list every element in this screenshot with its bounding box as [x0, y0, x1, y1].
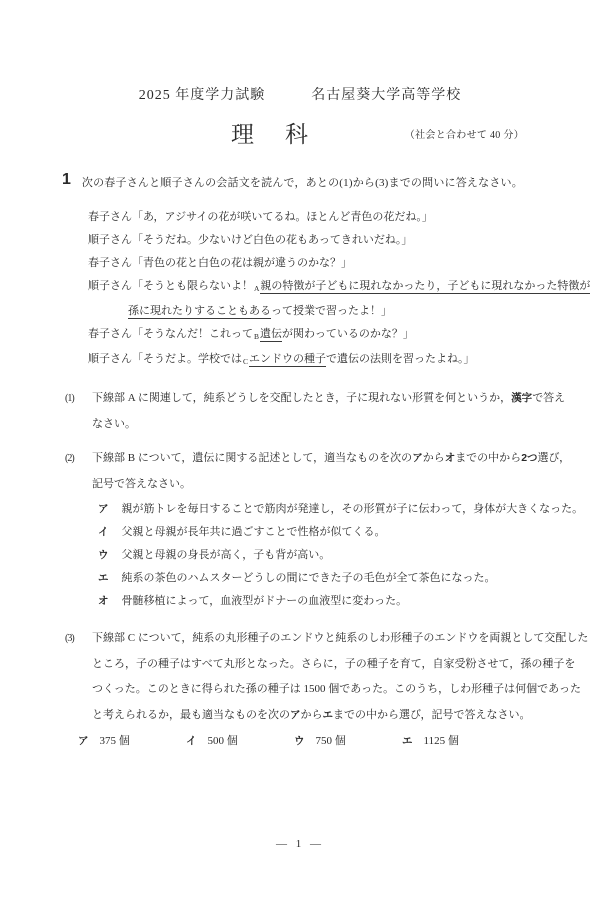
choice-i: イ500 個 [186, 729, 294, 753]
question-text: で答え [532, 392, 565, 404]
dialogue-text: が関わっているのかな？」 [282, 328, 414, 340]
speaker-name: 順子さん [88, 234, 132, 246]
dialogue-text: で遺伝の法則を習ったよね。」 [326, 353, 475, 365]
choice-text: 375 個 [100, 735, 130, 747]
question-text: から [423, 452, 445, 464]
choice-letter: イ [186, 735, 197, 747]
choice-text: 1125 個 [424, 735, 459, 747]
underlined-text-a-cont: 孫に現れたりすることもある [128, 305, 271, 319]
question-text: 下線部 B について，遺伝に関する記述として，適当なものを次の [92, 452, 412, 464]
dialogue-line-4: 順子さん「そうとも限らないよ！A親の特徴が子どもに現れなかったり，子どもに現れな… [88, 275, 600, 300]
dialogue-text: 「そうだよ。学校では [132, 353, 242, 365]
choice-a: ア375 個 [78, 729, 186, 753]
underline-marker-c: C [243, 357, 248, 366]
dialogue-text: 「そうだね。少ないけど白色の花もあってきれいだね。」 [132, 234, 412, 246]
underline-marker-a: A [254, 284, 259, 293]
choice-letter: オ [98, 595, 109, 607]
choice-e: エ純系の茶色のハムスターどうしの間にできた子の毛色が全て茶色になった。 [92, 567, 582, 590]
subject-title-row: 理 科 （社会と合わせて 40 分） [0, 116, 600, 150]
choice-letter: ウ [294, 735, 305, 747]
question-text-line: 記号で答えなさい。 [92, 472, 582, 498]
choice-o: オ骨髄移植によって，血液型がドナーの血液型に変わった。 [92, 590, 582, 613]
exam-page: 2025 年度学力試験 名古屋葵大学高等学校 理 科 （社会と合わせて 40 分… [0, 0, 600, 900]
choices-row: ア375 個 イ500 個 ウ750 個 エ1125 個 [78, 729, 582, 753]
question-text: 選び， [538, 452, 571, 464]
choice-range-start: ア [290, 709, 301, 721]
question-text: ところ，子の種子はすべて丸形となった。さらに，子の種子を育て，自家受粉させて，孫… [92, 658, 575, 670]
dialogue-line-4-cont: 孫に現れたりすることもあるって授業で習ったよ！」 [88, 300, 600, 323]
dialogue-text: 「青色の花と白色の花は親が違うのかな？」 [132, 257, 352, 269]
sub-question-2-label: (2) [65, 446, 74, 472]
underline-marker-b: B [254, 332, 259, 341]
dialogue-line-3: 春子さん「青色の花と白色の花は親が違うのかな？」 [88, 252, 600, 275]
choice-range-end: エ [323, 709, 334, 721]
sub-question-1: (1) 下線部 A に関連して，純系どうしを交配したとき，子に現れない形質を何と… [92, 386, 582, 437]
question-text-line: ところ，子の種子はすべて丸形となった。さらに，子の種子を育て，自家受粉させて，孫… [92, 652, 582, 678]
page-number: ― 1 ― [0, 838, 600, 850]
choice-letter: エ [402, 735, 413, 747]
dialogue-line-6: 順子さん「そうだよ。学校ではCエンドウの種子で遺伝の法則を習ったよね。」 [88, 348, 600, 373]
sub-question-1-label: (1) [65, 386, 74, 412]
choice-text: 750 個 [316, 735, 346, 747]
choice-range-end: オ [445, 452, 456, 464]
dialogue-text: 「そうとも限らないよ！ [132, 280, 253, 292]
question1-number: 1 [62, 173, 71, 187]
sub-question-2: (2) 下線部 B について，遺伝に関する記述として，適当なものを次のアからオま… [92, 446, 582, 613]
question-text: 下線部 A に関連して，純系どうしを交配したとき，子に現れない形質を何というか， [92, 392, 511, 404]
choice-letter: ア [98, 503, 109, 515]
question1-intro: 1 次の春子さんと順子さんの会話文を読んで，あとの(1)から(3)までの問いに答… [0, 173, 600, 190]
dialogue-line-1: 春子さん「あ，アジサイの花が咲いてるね。ほとんど青色の花だね。」 [88, 206, 600, 229]
choice-u: ウ750 個 [294, 729, 402, 753]
emphasis-count: 2つ [521, 452, 537, 464]
question1-intro-text: 次の春子さんと順子さんの会話文を読んで，あとの(1)から(3)までの問いに答えな… [82, 173, 523, 190]
underlined-text-b: 遺伝 [260, 328, 282, 342]
emphasis-kanji: 漢字 [511, 392, 532, 404]
choice-text: 500 個 [208, 735, 238, 747]
speaker-name: 春子さん [88, 257, 132, 269]
question-text-line: なさい。 [92, 412, 582, 438]
question-text-line: 下線部 B について，遺伝に関する記述として，適当なものを次のアからオまでの中か… [92, 446, 582, 472]
question-text-line: 下線部 A に関連して，純系どうしを交配したとき，子に現れない形質を何というか，… [92, 386, 582, 412]
choice-i: イ父親と母親が長年共に過ごすことで性格が似てくる。 [92, 521, 582, 544]
dialogue-block: 春子さん「あ，アジサイの花が咲いてるね。ほとんど青色の花だね。」 順子さん「そう… [88, 206, 600, 373]
sub-question-3-label: (3) [65, 626, 74, 652]
subject-title: 理 科 [231, 116, 312, 149]
dialogue-line-2: 順子さん「そうだね。少ないけど白色の花もあってきれいだね。」 [88, 229, 600, 252]
dialogue-text: って授業で習ったよ！」 [271, 305, 392, 317]
choice-u: ウ父親と母親の身長が高く，子も背が高い。 [92, 544, 582, 567]
question-text: つくった。このときに得られた孫の種子は 1500 個であった。このうち，しわ形種… [92, 683, 581, 695]
question-text: までの中から [455, 452, 521, 464]
time-note: （社会と合わせて 40 分） [405, 126, 524, 141]
question-text-line: 下線部 C について，純系の丸形種子のエンドウと純系のしわ形種子のエンドウを両親… [92, 626, 582, 652]
question-text: から [301, 709, 323, 721]
choice-letter: エ [98, 572, 109, 584]
question-text-line: と考えられるか，最も適当なものを次のアからエまでの中から選び，記号で答えなさい。 [92, 703, 582, 729]
question-text-line: つくった。このときに得られた孫の種子は 1500 個であった。このうち，しわ形種… [92, 677, 582, 703]
choice-text: 純系の茶色のハムスターどうしの間にできた子の毛色が全て茶色になった。 [122, 572, 496, 584]
speaker-name: 春子さん [88, 211, 132, 223]
question-text: と考えられるか，最も適当なものを次の [92, 709, 290, 721]
exam-header: 2025 年度学力試験 名古屋葵大学高等学校 [0, 0, 600, 104]
choice-text: 骨髄移植によって，血液型がドナーの血液型に変わった。 [122, 595, 408, 607]
choices-list: ア親が筋トレを毎日することで筋肉が発達し，その形質が子に伝わって，身体が大きくな… [92, 498, 582, 613]
choice-letter: ウ [98, 549, 109, 561]
dialogue-text: 「あ，アジサイの花が咲いてるね。ほとんど青色の花だね。」 [132, 211, 433, 223]
choice-range-start: ア [412, 452, 423, 464]
question-text: なさい。 [92, 418, 136, 430]
choice-text: 父親と母親の身長が高く，子も背が高い。 [122, 549, 331, 561]
speaker-name: 春子さん [88, 328, 132, 340]
speaker-name: 順子さん [88, 353, 132, 365]
school-name: 名古屋葵大学高等学校 [311, 84, 461, 104]
choice-text: 父親と母親が長年共に過ごすことで性格が似てくる。 [122, 526, 386, 538]
speaker-name: 順子さん [88, 280, 132, 292]
choice-letter: ア [78, 735, 89, 747]
question-text: までの中から選び，記号で答えなさい。 [333, 709, 531, 721]
choice-e: エ1125 個 [402, 729, 459, 753]
choice-text: 親が筋トレを毎日することで筋肉が発達し，その形質が子に伝わって，身体が大きくなっ… [122, 503, 584, 515]
question-text: 記号で答えなさい。 [92, 478, 191, 490]
choice-a: ア親が筋トレを毎日することで筋肉が発達し，その形質が子に伝わって，身体が大きくな… [92, 498, 582, 521]
underlined-text-a: 親の特徴が子どもに現れなかったり，子どもに現れなかった特徴が [260, 280, 590, 294]
question-text: 下線部 C について，純系の丸形種子のエンドウと純系のしわ形種子のエンドウを両親… [92, 632, 588, 644]
dialogue-text: 「そうなんだ！これって [132, 328, 253, 340]
choice-letter: イ [98, 526, 109, 538]
exam-year-title: 2025 年度学力試験 [139, 84, 266, 104]
sub-question-3: (3) 下線部 C について，純系の丸形種子のエンドウと純系のしわ形種子のエンド… [92, 626, 582, 753]
underlined-text-c: エンドウの種子 [249, 353, 326, 367]
dialogue-line-5: 春子さん「そうなんだ！これってB遺伝が関わっているのかな？」 [88, 323, 600, 348]
